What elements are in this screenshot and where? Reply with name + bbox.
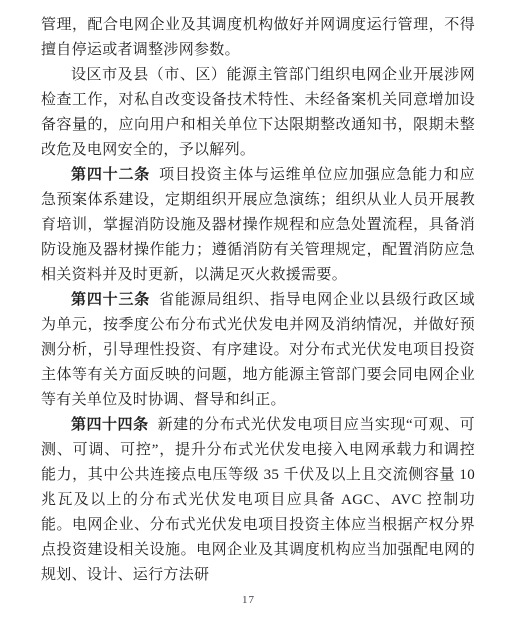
document-page: 管理，配合电网企业及其调度机构做好并网调度运行管理，不得擅自停运或者调整涉网参数…	[0, 0, 511, 627]
page-number: 17	[0, 594, 497, 606]
paragraph-text: 省能源局组织、指导电网企业以县级行政区域为单元，按季度公布分布式光伏发电并网及消…	[41, 292, 475, 408]
paragraph: 第四十四条新建的分布式光伏发电项目应当实现“可观、可测、可调、可控”，提升分布式…	[41, 413, 475, 588]
paragraph: 管理，配合电网企业及其调度机构做好并网调度运行管理，不得擅自停运或者调整涉网参数…	[41, 13, 475, 63]
document-body: 管理，配合电网企业及其调度机构做好并网调度运行管理，不得擅自停运或者调整涉网参数…	[41, 13, 475, 588]
paragraph-text: 项目投资主体与运维单位应加强应急能力和应急预案体系建设，定期组织开展应急演练；组…	[41, 167, 475, 283]
paragraph: 第四十二条项目投资主体与运维单位应加强应急能力和应急预案体系建设，定期组织开展应…	[41, 163, 475, 288]
paragraph-text: 管理，配合电网企业及其调度机构做好并网调度运行管理，不得擅自停运或者调整涉网参数…	[41, 17, 475, 58]
article-number: 第四十四条	[71, 417, 149, 433]
article-number: 第四十三条	[71, 292, 150, 308]
paragraph-text: 新建的分布式光伏发电项目应当实现“可观、可测、可调、可控”，提升分布式光伏发电接…	[41, 417, 475, 583]
paragraph: 第四十三条省能源局组织、指导电网企业以县级行政区域为单元，按季度公布分布式光伏发…	[41, 288, 475, 413]
article-number: 第四十二条	[71, 167, 150, 183]
paragraph: 设区市及县（市、区）能源主管部门组织电网企业开展涉网检查工作，对私自改变设备技术…	[41, 63, 475, 163]
paragraph-text: 设区市及县（市、区）能源主管部门组织电网企业开展涉网检查工作，对私自改变设备技术…	[41, 67, 475, 158]
